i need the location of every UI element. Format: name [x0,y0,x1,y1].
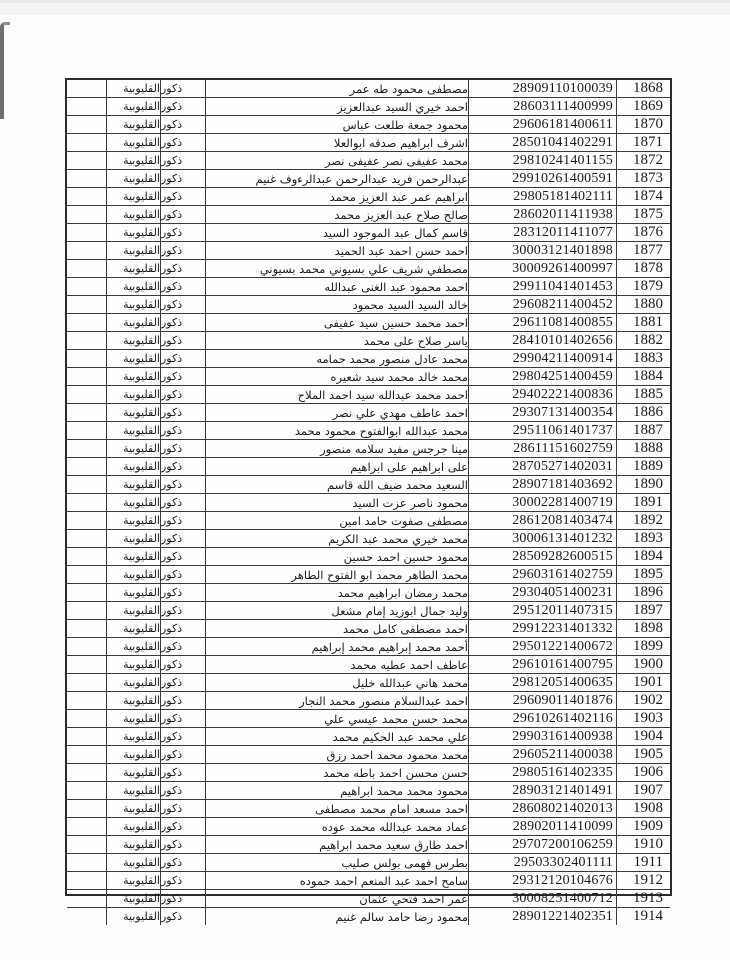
table-row: القليوبية ذكور عماد محمد عبدالله محمد عو… [67,818,670,836]
governorate-cell: القليوبية [106,890,160,907]
serial-cell: 1877 [616,242,670,259]
name-cell: مصطفى محمود طه عمر [205,80,468,97]
gender-cell: ذكور [160,458,205,475]
table-row: القليوبية ذكور محمد خيري محمد عبد الكريم… [67,530,670,548]
empty-cell [67,386,106,403]
governorate-cell: القليوبية [106,746,160,763]
governorate-cell: القليوبية [106,602,160,619]
name-cell: أحمد محمد إبراهيم محمد إبراهيم [205,638,468,655]
serial-cell: 1887 [616,422,670,439]
serial-cell: 1900 [616,656,670,673]
national-id-cell: 29610161400795 [468,656,616,673]
gender-cell: ذكور [160,296,205,313]
governorate-cell: القليوبية [106,296,160,313]
gender-cell: ذكور [160,782,205,799]
serial-cell: 1886 [616,404,670,421]
national-id-cell: 29805161402335 [468,764,616,781]
national-id-cell: 29805181402111 [468,188,616,205]
governorate-cell: القليوبية [106,584,160,601]
gender-cell: ذكور [160,80,205,97]
serial-cell: 1884 [616,368,670,385]
gender-cell: ذكور [160,278,205,295]
serial-cell: 1912 [616,872,670,889]
governorate-cell: القليوبية [106,494,160,511]
national-id-cell: 28907181403692 [468,476,616,493]
serial-cell: 1891 [616,494,670,511]
gender-cell: ذكور [160,602,205,619]
national-id-cell: 29610261402116 [468,710,616,727]
serial-cell: 1882 [616,332,670,349]
gender-cell: ذكور [160,818,205,835]
name-cell: محمد عفيفى نصر عفيفى نصر [205,152,468,169]
national-id-cell: 28608021402013 [468,800,616,817]
governorate-cell: القليوبية [106,638,160,655]
national-id-cell: 29707200106259 [468,836,616,853]
table-row: القليوبية ذكور خالد السيد السيد محمود 29… [67,296,670,314]
table-row: القليوبية ذكور احمد محمد عبدالله سيد احم… [67,386,670,404]
name-cell: محمد هاني عبدالله خليل [205,674,468,691]
name-cell: قاسم كمال عبد الموجود السيد [205,224,468,241]
gender-cell: ذكور [160,836,205,853]
serial-cell: 1881 [616,314,670,331]
national-id-cell: 29804251400459 [468,368,616,385]
governorate-cell: القليوبية [106,314,160,331]
empty-cell [67,674,106,691]
empty-cell [67,638,106,655]
name-cell: مينا جرجس مفيد سلامه منصور [205,440,468,457]
serial-cell: 1888 [616,440,670,457]
serial-cell: 1898 [616,620,670,637]
gender-cell: ذكور [160,656,205,673]
scan-top-band [0,0,730,15]
empty-cell [67,134,106,151]
governorate-cell: القليوبية [106,458,160,475]
governorate-cell: القليوبية [106,116,160,133]
name-cell: محمد عادل منصور محمد حمامه [205,350,468,367]
table-row: القليوبية ذكور محمد عادل منصور محمد حمام… [67,350,670,368]
gender-cell: ذكور [160,548,205,565]
table-row: القليوبية ذكور احمد محمود عبد الغنى عبدا… [67,278,670,296]
empty-cell [67,224,106,241]
national-id-cell: 29312120104676 [468,872,616,889]
table-row: القليوبية ذكور احمد حسن احمد عبد الحميد … [67,242,670,260]
governorate-cell: القليوبية [106,872,160,889]
gender-cell: ذكور [160,692,205,709]
name-cell: على ابراهيم على ابراهيم [205,458,468,475]
governorate-cell: القليوبية [106,764,160,781]
serial-cell: 1896 [616,584,670,601]
table-row: القليوبية ذكور سامح احمد عبد المنعم احمد… [67,872,670,890]
governorate-cell: القليوبية [106,278,160,295]
serial-cell: 1883 [616,350,670,367]
serial-cell: 1875 [616,206,670,223]
serial-cell: 1868 [616,80,670,97]
national-id-cell: 29912231401332 [468,620,616,637]
national-id-cell: 28903121401491 [468,782,616,799]
gender-cell: ذكور [160,332,205,349]
national-id-cell: 28902011410099 [468,818,616,835]
empty-cell [67,854,106,871]
governorate-cell: القليوبية [106,674,160,691]
scan-edge-artifact [0,22,10,119]
name-cell: حسن محسن احمد باطه محمد [205,764,468,781]
name-cell: احمد محمد عبدالله سيد احمد الملاح [205,386,468,403]
registry-table: القليوبية ذكور مصطفى محمود طه عمر 289091… [65,78,672,896]
national-id-cell: 29603161402759 [468,566,616,583]
gender-cell: ذكور [160,710,205,727]
name-cell: خالد السيد السيد محمود [205,296,468,313]
governorate-cell: القليوبية [106,566,160,583]
serial-cell: 1908 [616,800,670,817]
name-cell: احمد عبدالسلام منصور محمد النجار [205,692,468,709]
gender-cell: ذكور [160,566,205,583]
table-row: القليوبية ذكور وليد جمال ابوزيد إمام مشع… [67,602,670,620]
empty-cell [67,188,106,205]
gender-cell: ذكور [160,242,205,259]
name-cell: عبدالرحمن فريد عبدالرحمن عبدالرءوف غنيم [205,170,468,187]
table-row: القليوبية ذكور ابراهيم عمر عبد العزيز مح… [67,188,670,206]
empty-cell [67,278,106,295]
gender-cell: ذكور [160,476,205,493]
empty-cell [67,422,106,439]
empty-cell [67,584,106,601]
table-row: القليوبية ذكور احمد مسعد امام محمد مصطفى… [67,800,670,818]
serial-cell: 1909 [616,818,670,835]
gender-cell: ذكور [160,764,205,781]
empty-cell [67,872,106,889]
governorate-cell: القليوبية [106,548,160,565]
governorate-cell: القليوبية [106,800,160,817]
national-id-cell: 28410101402656 [468,332,616,349]
table-row: القليوبية ذكور على ابراهيم على ابراهيم 2… [67,458,670,476]
name-cell: علي محمد عبد الحكيم محمد [205,728,468,745]
table-row: القليوبية ذكور احمد عاطف مهدي علي نصر 29… [67,404,670,422]
gender-cell: ذكور [160,368,205,385]
table-row: القليوبية ذكور محمد رمضان ابراهيم محمد 2… [67,584,670,602]
empty-cell [67,746,106,763]
empty-cell [67,404,106,421]
gender-cell: ذكور [160,494,205,511]
national-id-cell: 28611151602759 [468,440,616,457]
national-id-cell: 29904211400914 [468,350,616,367]
empty-cell [67,242,106,259]
table-row: القليوبية ذكور محمد هاني عبدالله خليل 29… [67,674,670,692]
empty-cell [67,908,106,925]
empty-cell [67,692,106,709]
governorate-cell: القليوبية [106,908,160,925]
name-cell: اشرف ابراهيم صدقه ابوالعلا [205,134,468,151]
table-row: القليوبية ذكور بطرس فهمى بولس صليب 29503… [67,854,670,872]
national-id-cell: 29903161400938 [468,728,616,745]
name-cell: ياسر صلاح على محمد [205,332,468,349]
gender-cell: ذكور [160,440,205,457]
name-cell: احمد محمود عبد الغنى عبدالله [205,278,468,295]
name-cell: محمد الطاهر محمد ابو الفتوح الطاهر [205,566,468,583]
empty-cell [67,764,106,781]
governorate-cell: القليوبية [106,854,160,871]
name-cell: محمود رضا حامد سالم غنيم [205,908,468,925]
empty-cell [67,512,106,529]
national-id-cell: 29512011407315 [468,602,616,619]
national-id-cell: 28901221402351 [468,908,616,925]
table-row: القليوبية ذكور احمد طارق سعيد محمد ابراه… [67,836,670,854]
table-row: القليوبية ذكور مصطفي شريف علي بسيوني محم… [67,260,670,278]
national-id-cell: 28602011411938 [468,206,616,223]
table-row: القليوبية ذكور ياسر صلاح على محمد 284101… [67,332,670,350]
national-id-cell: 29812051400635 [468,674,616,691]
national-id-cell: 29511061401737 [468,422,616,439]
governorate-cell: القليوبية [106,152,160,169]
name-cell: احمد عاطف مهدي علي نصر [205,404,468,421]
governorate-cell: القليوبية [106,80,160,97]
national-id-cell: 28603111400999 [468,98,616,115]
empty-cell [67,458,106,475]
name-cell: سامح احمد عبد المنعم احمد حموده [205,872,468,889]
governorate-cell: القليوبية [106,656,160,673]
name-cell: مصطفي شريف علي بسيوني محمد بسيوني [205,260,468,277]
name-cell: محمد خيري محمد عبد الكريم [205,530,468,547]
serial-cell: 1892 [616,512,670,529]
national-id-cell: 29304051400231 [468,584,616,601]
table-row: القليوبية ذكور محمد عبدالله ابوالفتوح مح… [67,422,670,440]
serial-cell: 1894 [616,548,670,565]
governorate-cell: القليوبية [106,422,160,439]
national-id-cell: 30009261400997 [468,260,616,277]
gender-cell: ذكور [160,674,205,691]
serial-cell: 1899 [616,638,670,655]
scanned-document-page: { "table": { "rows": [ {"serial":"1868",… [0,0,730,960]
serial-cell: 1907 [616,782,670,799]
governorate-cell: القليوبية [106,260,160,277]
serial-cell: 1897 [616,602,670,619]
name-cell: ابراهيم عمر عبد العزيز محمد [205,188,468,205]
table-row: القليوبية ذكور مصطفى صفوت حامد امين 2861… [67,512,670,530]
gender-cell: ذكور [160,116,205,133]
serial-cell: 1872 [616,152,670,169]
table-row: القليوبية ذكور محمد عفيفى نصر عفيفى نصر … [67,152,670,170]
national-id-cell: 30006131401232 [468,530,616,547]
table-row: القليوبية ذكور عمر احمد فتحي عثمان 30008… [67,890,670,908]
gender-cell: ذكور [160,170,205,187]
table-row: القليوبية ذكور احمد خيري السيد عبدالعزيز… [67,98,670,116]
serial-cell: 1880 [616,296,670,313]
table-row: القليوبية ذكور اشرف ابراهيم صدقه ابوالعل… [67,134,670,152]
name-cell: السعيد محمد ضيف الله قاسم [205,476,468,493]
serial-cell: 1901 [616,674,670,691]
gender-cell: ذكور [160,512,205,529]
gender-cell: ذكور [160,206,205,223]
national-id-cell: 28509282600515 [468,548,616,565]
name-cell: محمد محمود محمد احمد رزق [205,746,468,763]
gender-cell: ذكور [160,422,205,439]
serial-cell: 1906 [616,764,670,781]
governorate-cell: القليوبية [106,440,160,457]
governorate-cell: القليوبية [106,782,160,799]
gender-cell: ذكور [160,224,205,241]
gender-cell: ذكور [160,620,205,637]
national-id-cell: 28705271402031 [468,458,616,475]
governorate-cell: القليوبية [106,188,160,205]
gender-cell: ذكور [160,530,205,547]
serial-cell: 1893 [616,530,670,547]
empty-cell [67,602,106,619]
gender-cell: ذكور [160,386,205,403]
table-row: القليوبية ذكور محمد حسن محمد عيسي علي 29… [67,710,670,728]
empty-cell [67,170,106,187]
table-row: القليوبية ذكور محمد خالد محمد سيد شعيره … [67,368,670,386]
empty-cell [67,440,106,457]
table-row: القليوبية ذكور محمود محمد محمد ابراهيم 2… [67,782,670,800]
serial-cell: 1890 [616,476,670,493]
empty-cell [67,476,106,493]
governorate-cell: القليوبية [106,476,160,493]
serial-cell: 1904 [616,728,670,745]
name-cell: وليد جمال ابوزيد إمام مشعل [205,602,468,619]
governorate-cell: القليوبية [106,134,160,151]
table-row: القليوبية ذكور احمد محمد حسين سيد عفيفى … [67,314,670,332]
empty-cell [67,80,106,97]
national-id-cell: 30008251400712 [468,890,616,907]
empty-cell [67,98,106,115]
serial-cell: 1885 [616,386,670,403]
national-id-cell: 29810241401155 [468,152,616,169]
name-cell: احمد مسعد امام محمد مصطفى [205,800,468,817]
gender-cell: ذكور [160,872,205,889]
empty-cell [67,728,106,745]
serial-cell: 1871 [616,134,670,151]
serial-cell: 1873 [616,170,670,187]
table-row: القليوبية ذكور محمود جمعة طلعت عباس 2960… [67,116,670,134]
empty-cell [67,818,106,835]
table-row: القليوبية ذكور حسن محسن احمد باطه محمد 2… [67,764,670,782]
governorate-cell: القليوبية [106,368,160,385]
name-cell: احمد خيري السيد عبدالعزيز [205,98,468,115]
empty-cell [67,656,106,673]
governorate-cell: القليوبية [106,836,160,853]
name-cell: مصطفى صفوت حامد امين [205,512,468,529]
empty-cell [67,206,106,223]
serial-cell: 1874 [616,188,670,205]
national-id-cell: 28909110100039 [468,80,616,97]
gender-cell: ذكور [160,890,205,907]
empty-cell [67,494,106,511]
governorate-cell: القليوبية [106,332,160,349]
table-row: القليوبية ذكور محمد محمود محمد احمد رزق … [67,746,670,764]
gender-cell: ذكور [160,404,205,421]
serial-cell: 1869 [616,98,670,115]
table-row: القليوبية ذكور مصطفى محمود طه عمر 289091… [67,80,670,98]
empty-cell [67,800,106,817]
gender-cell: ذكور [160,728,205,745]
national-id-cell: 28312011411077 [468,224,616,241]
governorate-cell: القليوبية [106,170,160,187]
national-id-cell: 29608211400452 [468,296,616,313]
empty-cell [67,710,106,727]
governorate-cell: القليوبية [106,206,160,223]
empty-cell [67,548,106,565]
empty-cell [67,566,106,583]
national-id-cell: 30002281400719 [468,494,616,511]
name-cell: عاطف احمد عطيه محمد [205,656,468,673]
national-id-cell: 29911041401453 [468,278,616,295]
table-row: القليوبية ذكور محمود حسين احمد حسين 2850… [67,548,670,566]
governorate-cell: القليوبية [106,350,160,367]
national-id-cell: 29501221400672 [468,638,616,655]
governorate-cell: القليوبية [106,530,160,547]
empty-cell [67,890,106,907]
serial-cell: 1889 [616,458,670,475]
gender-cell: ذكور [160,746,205,763]
name-cell: عماد محمد عبدالله محمد عوده [205,818,468,835]
name-cell: صالح صلاح عبد العزيز محمد [205,206,468,223]
gender-cell: ذكور [160,350,205,367]
empty-cell [67,296,106,313]
governorate-cell: القليوبية [106,692,160,709]
name-cell: محمد حسن محمد عيسي علي [205,710,468,727]
national-id-cell: 29605211400038 [468,746,616,763]
gender-cell: ذكور [160,134,205,151]
table-row: القليوبية ذكور السعيد محمد ضيف الله قاسم… [67,476,670,494]
serial-cell: 1905 [616,746,670,763]
governorate-cell: القليوبية [106,386,160,403]
governorate-cell: القليوبية [106,404,160,421]
governorate-cell: القليوبية [106,818,160,835]
table-row: القليوبية ذكور محمود رضا حامد سالم غنيم … [67,908,670,925]
governorate-cell: القليوبية [106,710,160,727]
name-cell: احمد طارق سعيد محمد ابراهيم [205,836,468,853]
national-id-cell: 29910261400591 [468,170,616,187]
name-cell: احمد مصطفى كامل محمد [205,620,468,637]
empty-cell [67,530,106,547]
table-row: القليوبية ذكور قاسم كمال عبد الموجود الس… [67,224,670,242]
governorate-cell: القليوبية [106,98,160,115]
gender-cell: ذكور [160,800,205,817]
table-row: القليوبية ذكور احمد مصطفى كامل محمد 2991… [67,620,670,638]
gender-cell: ذكور [160,908,205,925]
national-id-cell: 29307131400354 [468,404,616,421]
table-row: القليوبية ذكور مينا جرجس مفيد سلامه منصو… [67,440,670,458]
gender-cell: ذكور [160,152,205,169]
gender-cell: ذكور [160,854,205,871]
name-cell: احمد حسن احمد عبد الحميد [205,242,468,259]
serial-cell: 1914 [616,908,670,925]
table-row: القليوبية ذكور محمد الطاهر محمد ابو الفت… [67,566,670,584]
serial-cell: 1903 [616,710,670,727]
empty-cell [67,332,106,349]
national-id-cell: 29609011401876 [468,692,616,709]
national-id-cell: 29402221400836 [468,386,616,403]
name-cell: محمد خالد محمد سيد شعيره [205,368,468,385]
empty-cell [67,620,106,637]
gender-cell: ذكور [160,188,205,205]
serial-cell: 1879 [616,278,670,295]
governorate-cell: القليوبية [106,512,160,529]
governorate-cell: القليوبية [106,728,160,745]
national-id-cell: 29606181400611 [468,116,616,133]
table-row: القليوبية ذكور احمد عبدالسلام منصور محمد… [67,692,670,710]
serial-cell: 1913 [616,890,670,907]
name-cell: محمود حسين احمد حسين [205,548,468,565]
national-id-cell: 30003121401898 [468,242,616,259]
empty-cell [67,314,106,331]
name-cell: محمد رمضان ابراهيم محمد [205,584,468,601]
name-cell: بطرس فهمى بولس صليب [205,854,468,871]
empty-cell [67,782,106,799]
national-id-cell: 28501041402291 [468,134,616,151]
table-row: القليوبية ذكور صالح صلاح عبد العزيز محمد… [67,206,670,224]
national-id-cell: 29503302401111 [468,854,616,871]
serial-cell: 1878 [616,260,670,277]
